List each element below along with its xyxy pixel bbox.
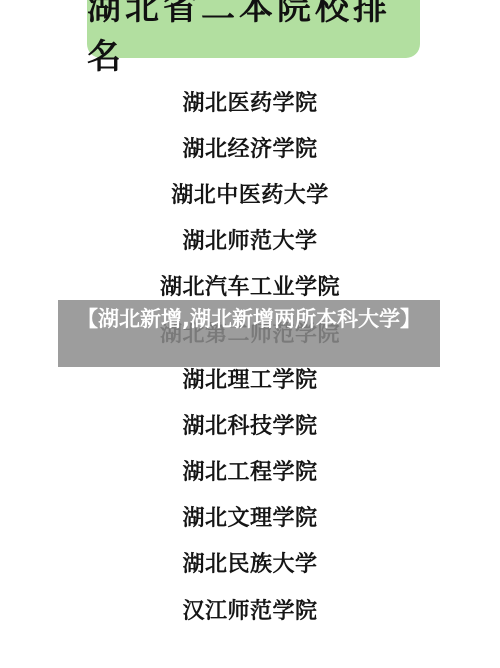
list-item: 汉江师范学院 [0,586,500,632]
list-item: 湖北师范大学 [0,217,500,263]
caption-text: 【湖北新增,湖北新增两所本科大学】 [63,306,435,333]
page-title: 湖北省二本院校排名 [87,0,420,78]
caption-overlay: 【湖北新增,湖北新增两所本科大学】 [58,300,440,367]
title-banner: 湖北省二本院校排名 [87,0,420,58]
list-item: 湖北中医药大学 [0,170,500,216]
list-item: 湖北民族大学 [0,540,500,586]
list-item: 湖北工程学院 [0,448,500,494]
list-item: 湖北经济学院 [0,124,500,170]
list-item: 湖北文理学院 [0,494,500,540]
list-item: 湖北科技学院 [0,401,500,447]
list-item: 湖北医药学院 [0,78,500,124]
